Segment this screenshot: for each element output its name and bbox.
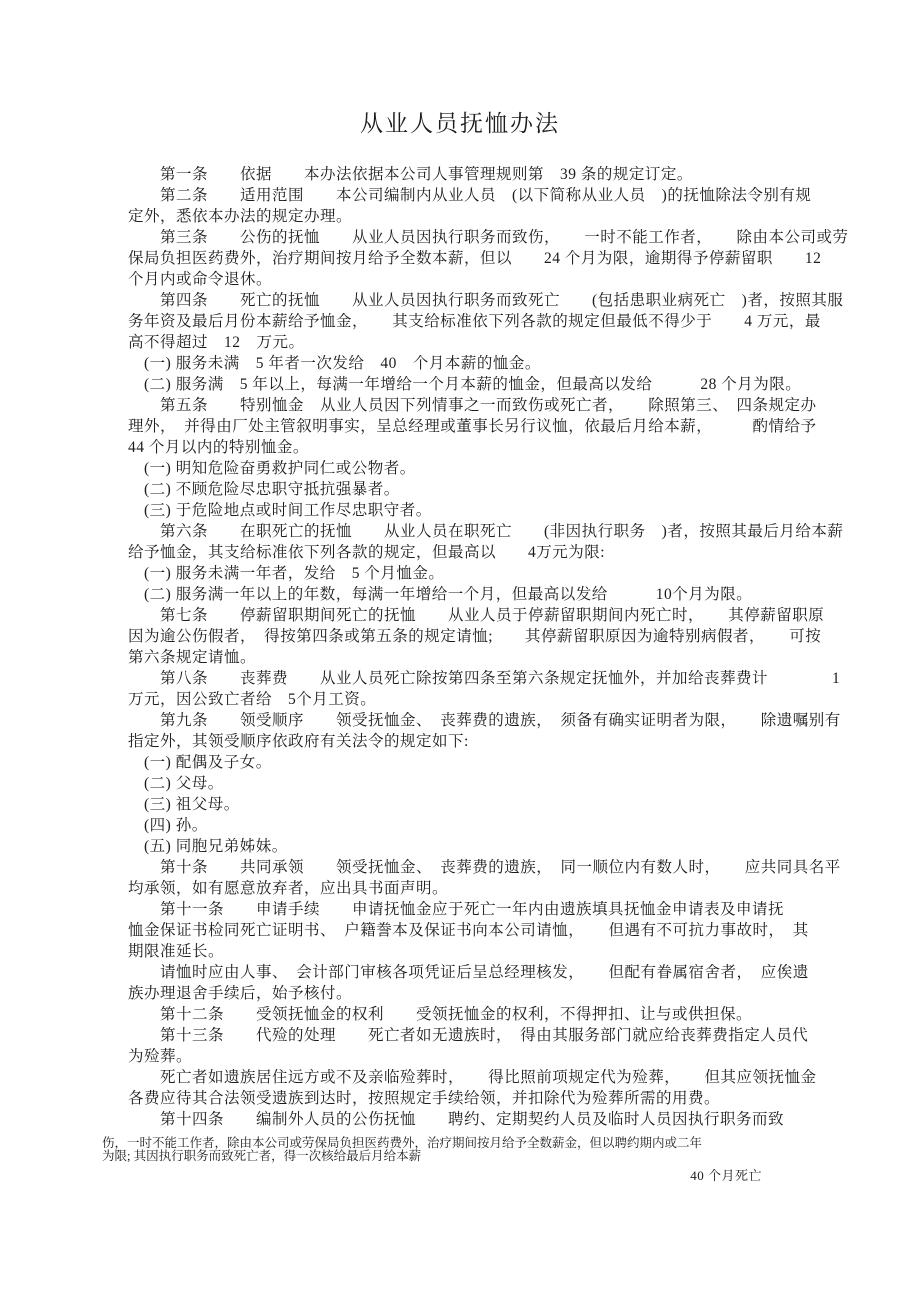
text-line: 恤金保证书检同死亡证明书、 户籍誊本及保证书向本公司请恤， 但遇有不可抗力事故时… — [128, 920, 794, 941]
text-line: 指定外，其领受顺序依政府有关法令的规定如下: — [128, 731, 794, 752]
page-title: 从业人员抚恤办法 — [0, 109, 920, 139]
text-line: 第八条 丧葬费 从业人员死亡除按第四条至第六条规定抚恤外，并加给丧葬费计 1 — [128, 668, 794, 689]
text-line: (二) 父母。 — [128, 773, 794, 794]
text-line: 为殓葬。 — [128, 1046, 794, 1067]
text-line: (二) 服务满 5 年以上，每满一年增给一个月本薪的恤金，但最高以发给 28 个… — [128, 374, 794, 395]
text-line: 第九条 领受顺序 领受抚恤金、 丧葬费的遗族， 须备有确实证明者为限， 除遗嘱别… — [128, 710, 794, 731]
text-line: 给予恤金，其支给标准依下列各款的规定，但最高以 4万元为限: — [128, 542, 794, 563]
text-line: 高不得超过 12 万元。 — [128, 332, 794, 353]
text-line: 第一条 依据 本办法依据本公司人事管理规则第 39 条的规定订定。 — [128, 164, 794, 185]
text-line: 第二条 适用范围 本公司编制内从业人员 (以下简称从业人员 )的抚恤除法令别有规 — [128, 185, 794, 206]
text-line: (五) 同胞兄弟姊妹。 — [128, 836, 794, 857]
text-line: (二) 服务满一年以上的年数，每满一年增给一个月，但最高以发给 10个月为限。 — [128, 584, 794, 605]
text-line: 第十二条 受领抚恤金的权利 受领抚恤金的权利，不得押扣、让与或供担保。 — [128, 1004, 794, 1025]
text-line: 族办理退舍手续后，始予核付。 — [128, 983, 794, 1004]
text-line: 个月内或命令退休。 — [128, 269, 794, 290]
text-line: 第四条 死亡的抚恤 从业人员因执行职务而致死亡 (包括患职业病死亡 )者，按照其… — [128, 290, 794, 311]
text-line: (一) 服务未满一年者，发给 5 个月恤金。 — [128, 563, 794, 584]
text-line: 40 个月死亡 — [128, 1168, 762, 1183]
text-line: 务年资及最后月份本薪给予恤金， 其支给标准依下列各款的规定但最低不得少于 4 万… — [128, 311, 794, 332]
text-line: (三) 祖父母。 — [128, 794, 794, 815]
text-line: 万元，因公致亡者给 5个月工资。 — [128, 689, 794, 710]
text-line: 第六条 在职死亡的抚恤 从业人员在职死亡 (非因执行职务 )者，按照其最后月给本… — [128, 521, 794, 542]
text-line: 第五条 特别恤金 从业人员因下列情事之一而致伤或死亡者， 除照第三、 四条规定办 — [128, 395, 794, 416]
text-line: 因为逾公伤假者， 得按第四条或第五条的规定请恤; 其停薪留职原因为逾特别病假者，… — [128, 626, 794, 647]
text-line: (四) 孙。 — [128, 815, 794, 836]
text-line: (二) 不顾危险尽忠职守抵抗强暴者。 — [128, 479, 794, 500]
text-line: 期限准延长。 — [128, 941, 794, 962]
text-line: 死亡者如遗族居住远方或不及亲临殓葬时， 得比照前项规定代为殓葬， 但其应领抚恤金 — [128, 1067, 794, 1088]
text-line: 保局负担医药费外，治疗期间按月给予全数本薪，但以 24 个月为限，逾期得予停薪留… — [128, 248, 794, 269]
document-page: 从业人员抚恤办法 第一条 依据 本办法依据本公司人事管理规则第 39 条的规定订… — [0, 0, 920, 1303]
text-line: 请恤时应由人事、 会计部门审核各项凭证后呈总经理核发， 但配有眷属宿舍者， 应俟… — [128, 962, 794, 983]
text-line: 第六条规定请恤。 — [128, 647, 794, 668]
text-line: 第十条 共同承领 领受抚恤金、 丧葬费的遗族， 同一顺位内有数人时， 应共同具名… — [128, 857, 794, 878]
text-line: 各费应待其合法领受遗族到达时，按照规定手续给领，并扣除代为殓葬所需的用费。 — [128, 1088, 794, 1109]
text-line: 第十四条 编制外人员的公伤抚恤 聘约、定期契约人员及临时人员因执行职务而致 — [128, 1109, 794, 1130]
document-body: 第一条 依据 本办法依据本公司人事管理规则第 39 条的规定订定。 第二条 适用… — [0, 164, 920, 1183]
text-line: 第十三条 代殓的处理 死亡者如无遗族时， 得由其服务部门就应给丧葬费指定人员代 — [128, 1025, 794, 1046]
text-line: 第十一条 申请手续 申请抚恤金应于死亡一年内由遗族填具抚恤金申请表及申请抚 — [128, 899, 794, 920]
text-line: (一) 服务未满 5 年者一次发给 40 个月本薪的恤金。 — [128, 353, 794, 374]
text-line: 44 个月以内的特别恤金。 — [128, 437, 794, 458]
text-line: 为限; 其因执行职务而致死亡者，得一次核给最后月给本薪 — [102, 1150, 810, 1163]
text-line: (一) 配偶及子女。 — [128, 752, 794, 773]
text-line: 第七条 停薪留职期间死亡的抚恤 从业人员于停薪留职期间内死亡时， 其停薪留职原 — [128, 605, 794, 626]
text-line: 理外， 并得由厂处主管叙明事实，呈总经理或董事长另行议恤，依最后月给本薪， 酌情… — [128, 416, 794, 437]
text-line: (三) 于危险地点或时间工作尽忠职守者。 — [128, 500, 794, 521]
text-line: (一) 明知危险奋勇救护同仁或公物者。 — [128, 458, 794, 479]
text-line: 第三条 公伤的抚恤 从业人员因执行职务而致伤， 一时不能工作者， 除由本公司或劳 — [128, 227, 794, 248]
text-line: 定外，悉依本办法的规定办理。 — [128, 206, 794, 227]
text-line: 均承领，如有愿意放弃者，应出具书面声明。 — [128, 878, 794, 899]
